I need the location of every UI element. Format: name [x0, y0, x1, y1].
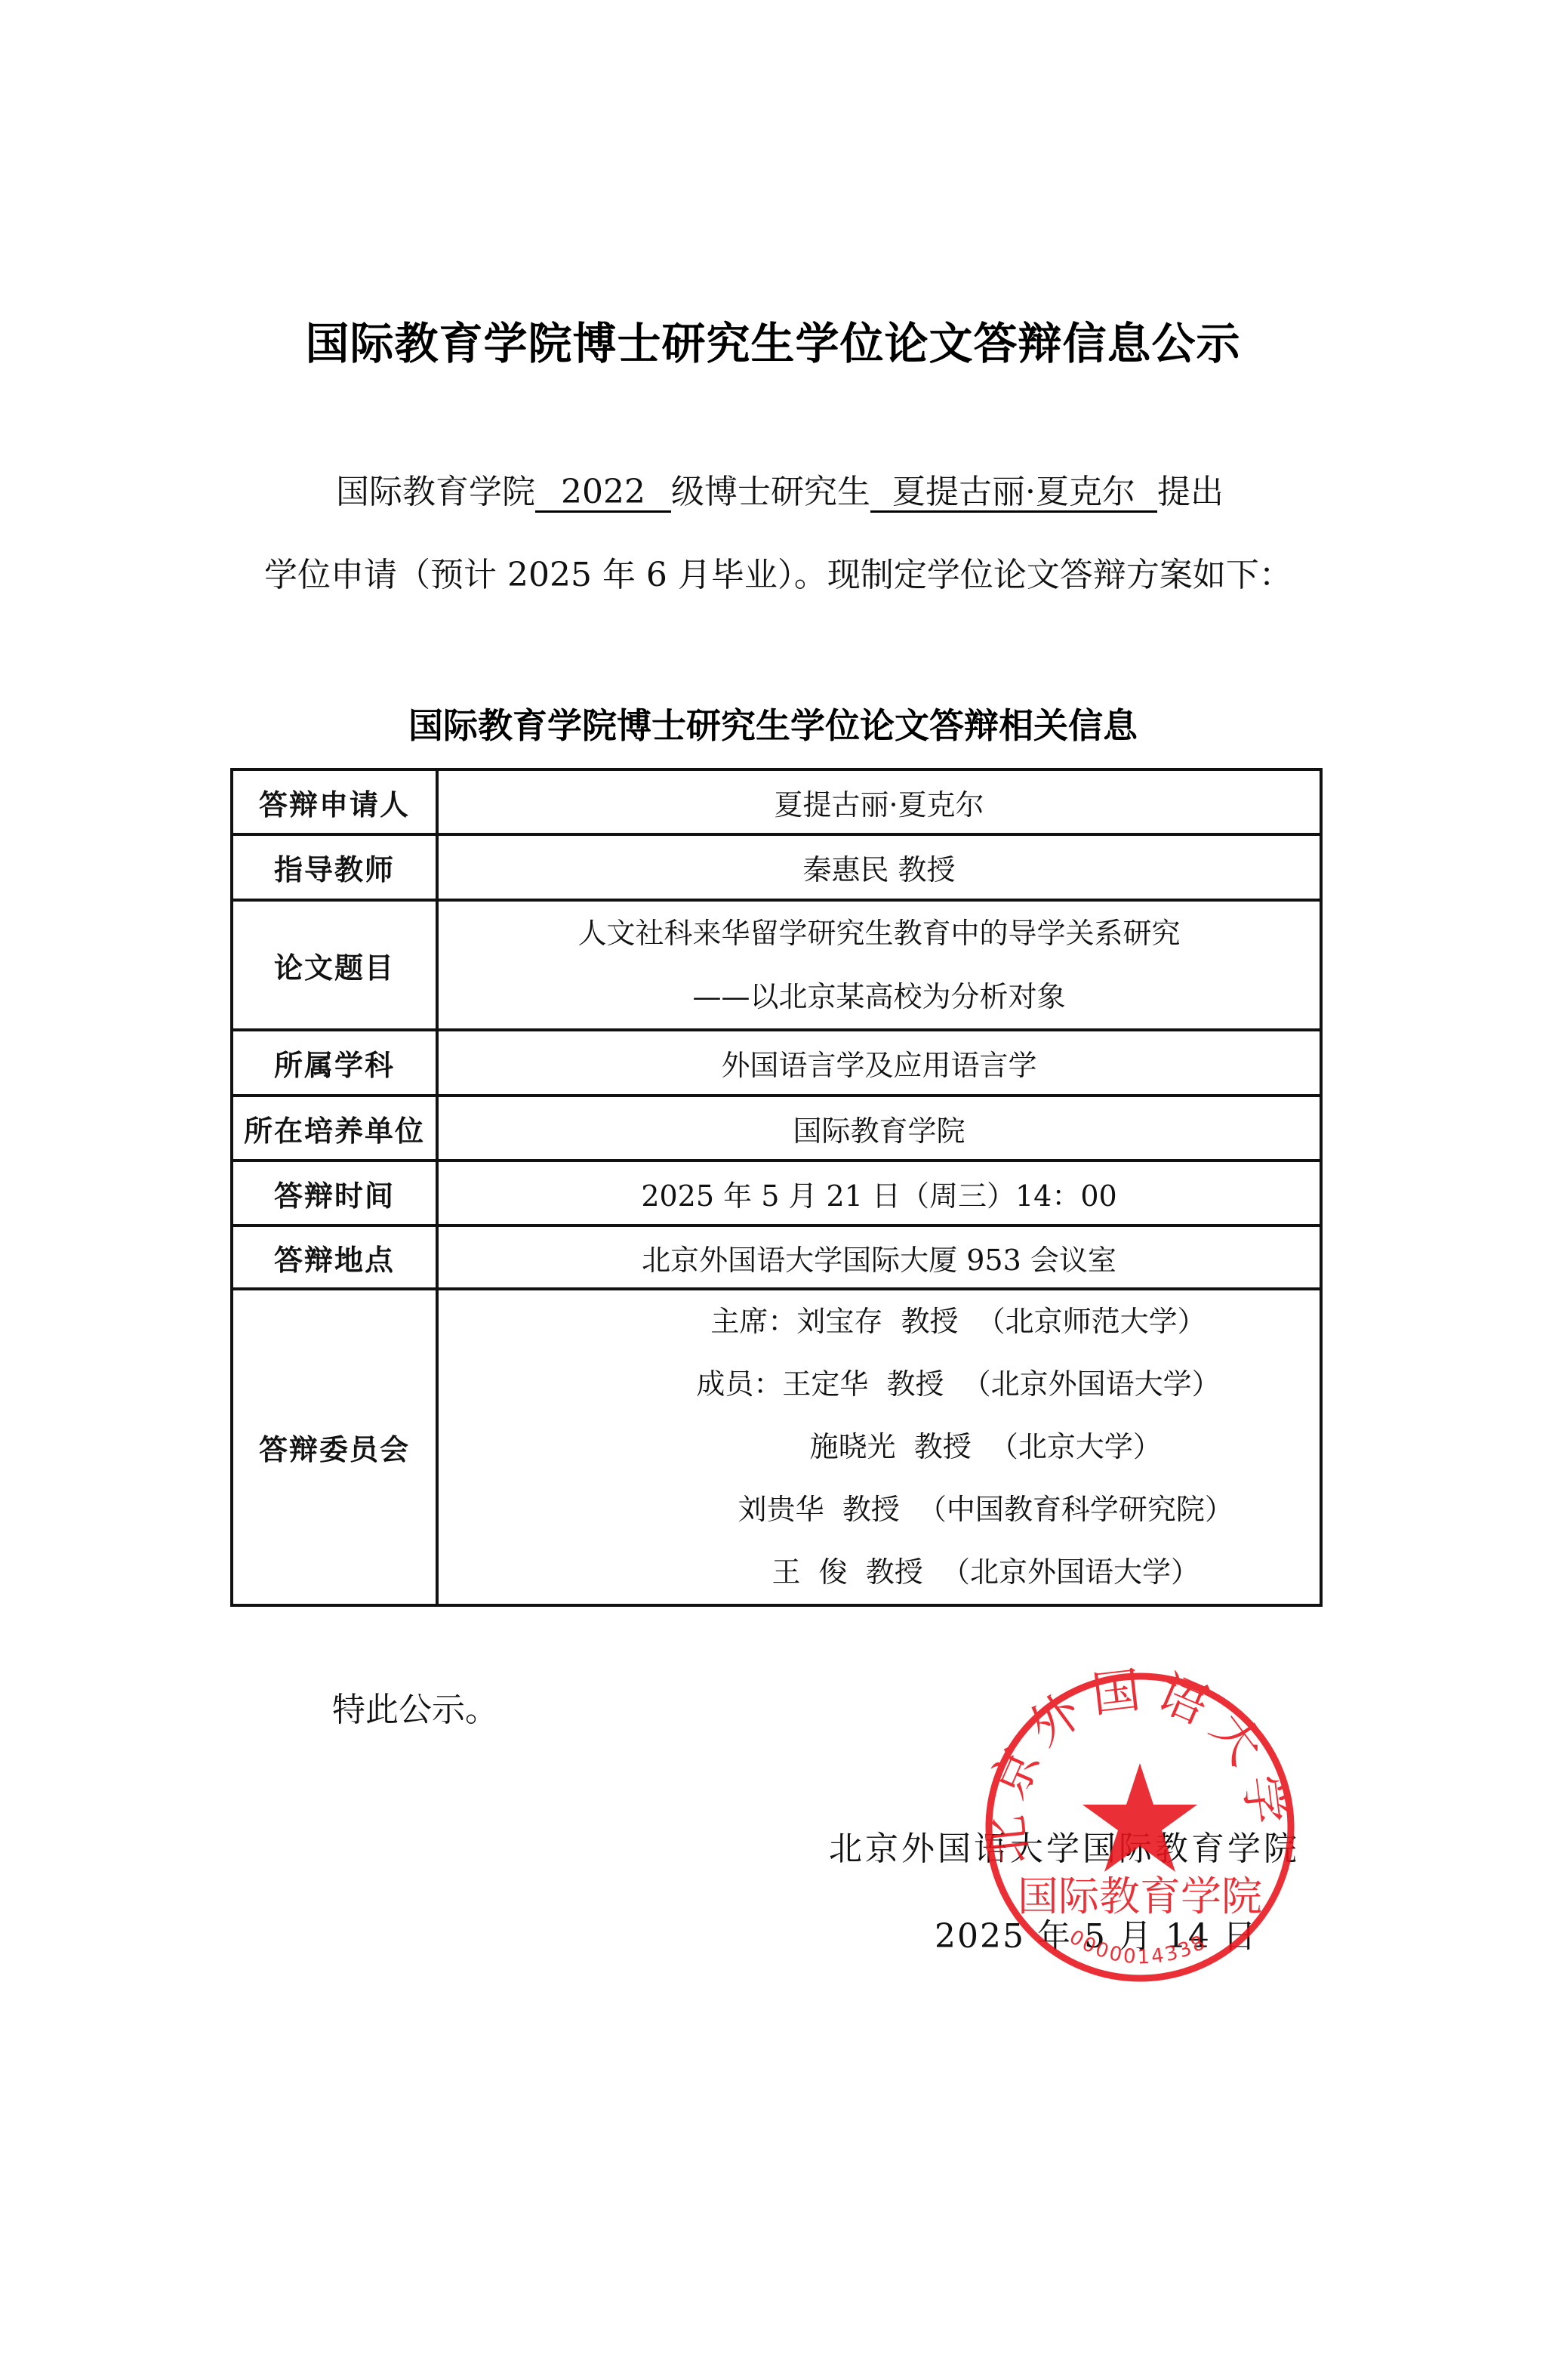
intro-year-field: 2022 — [535, 476, 671, 513]
committee-member: 主席：刘宝存 教授 （北京师范大学） — [597, 1290, 1320, 1353]
intro-paragraph-line-2: 学位申请（预计 2025 年 6 月毕业）。现制定学位论文答辩方案如下： — [264, 559, 1298, 592]
committee-member: 成员：王定华 教授 （北京外国语大学） — [597, 1353, 1320, 1416]
seal-inner-text: 国际教育学院 — [1018, 1873, 1262, 1920]
row-label: 所属学科 — [232, 1030, 437, 1096]
thesis-title: 人文社科来华留学研究生教育中的导学关系研究 ——以北京某高校为分析对象 — [437, 900, 1321, 1030]
applicant-name: 夏提古丽·夏克尔 — [437, 769, 1321, 834]
table-row-defense-time: 答辩时间 2025 年 5 月 21 日（周三）14：00 — [232, 1161, 1321, 1225]
defense-time: 2025 年 5 月 21 日（周三）14：00 — [437, 1161, 1321, 1225]
row-label: 所在培养单位 — [232, 1096, 437, 1161]
table-row-defense-location: 答辩地点 北京外国语大学国际大厦 953 会议室 — [232, 1225, 1321, 1289]
table-row-applicant: 答辩申请人 夏提古丽·夏克尔 — [232, 769, 1321, 834]
row-label: 答辩时间 — [232, 1161, 437, 1225]
discipline: 外国语言学及应用语言学 — [437, 1030, 1321, 1096]
row-label: 指导教师 — [232, 834, 437, 900]
supervisor-name: 秦惠民 教授 — [437, 834, 1321, 900]
committee-members: 主席：刘宝存 教授 （北京师范大学） 成员：王定华 教授 （北京外国语大学） 施… — [437, 1289, 1321, 1605]
table-row-supervisor: 指导教师 秦惠民 教授 — [232, 834, 1321, 900]
thesis-title-subtitle: ——以北京某高校为分析对象 — [439, 965, 1320, 1028]
defense-info-table: 答辩申请人 夏提古丽·夏克尔 指导教师 秦惠民 教授 论文题目 人文社科来华留学… — [230, 768, 1323, 1607]
committee-member: 刘贵华 教授 （中国教育科学研究院） — [597, 1478, 1320, 1541]
defense-location: 北京外国语大学国际大厦 953 会议室 — [437, 1225, 1321, 1289]
row-label: 答辩委员会 — [232, 1289, 437, 1605]
page-title: 国际教育学院博士研究生学位论文答辩信息公示 — [0, 308, 1546, 371]
intro-prefix: 国际教育学院 — [336, 473, 535, 511]
svg-text:0000014338: 0000014338 — [1065, 1925, 1211, 1968]
intro-paragraph-line-1: 国际教育学院2022级博士研究生夏提古丽·夏克尔提出 — [264, 476, 1370, 513]
thesis-title-main: 人文社科来华留学研究生教育中的导学关系研究 — [439, 902, 1320, 965]
table-row-unit: 所在培养单位 国际教育学院 — [232, 1096, 1321, 1161]
intro-student-name-field: 夏提古丽·夏克尔 — [870, 476, 1157, 513]
table-row-committee: 答辩委员会 主席：刘宝存 教授 （北京师范大学） 成员：王定华 教授 （北京外国… — [232, 1289, 1321, 1605]
intro-mid: 级博士研究生 — [671, 473, 870, 511]
official-seal-icon: 北京外国语大学 国际教育学院 0000014338 — [978, 1665, 1302, 1990]
intro-suffix: 提出 — [1157, 473, 1224, 511]
table-title: 国际教育学院博士研究生学位论文答辩相关信息 — [0, 698, 1546, 748]
closing-statement: 特此公示。 — [332, 1682, 498, 1731]
row-label: 论文题目 — [232, 900, 437, 1030]
committee-member: 王 俊 教授 （北京外国语大学） — [597, 1541, 1320, 1604]
committee-member: 施晓光 教授 （北京大学） — [597, 1416, 1320, 1478]
row-label: 答辩地点 — [232, 1225, 437, 1289]
seal-serial: 0000014338 — [1065, 1925, 1211, 1968]
row-label: 答辩申请人 — [232, 769, 437, 834]
table-row-discipline: 所属学科 外国语言学及应用语言学 — [232, 1030, 1321, 1096]
table-row-thesis-title: 论文题目 人文社科来华留学研究生教育中的导学关系研究 ——以北京某高校为分析对象 — [232, 900, 1321, 1030]
training-unit: 国际教育学院 — [437, 1096, 1321, 1161]
